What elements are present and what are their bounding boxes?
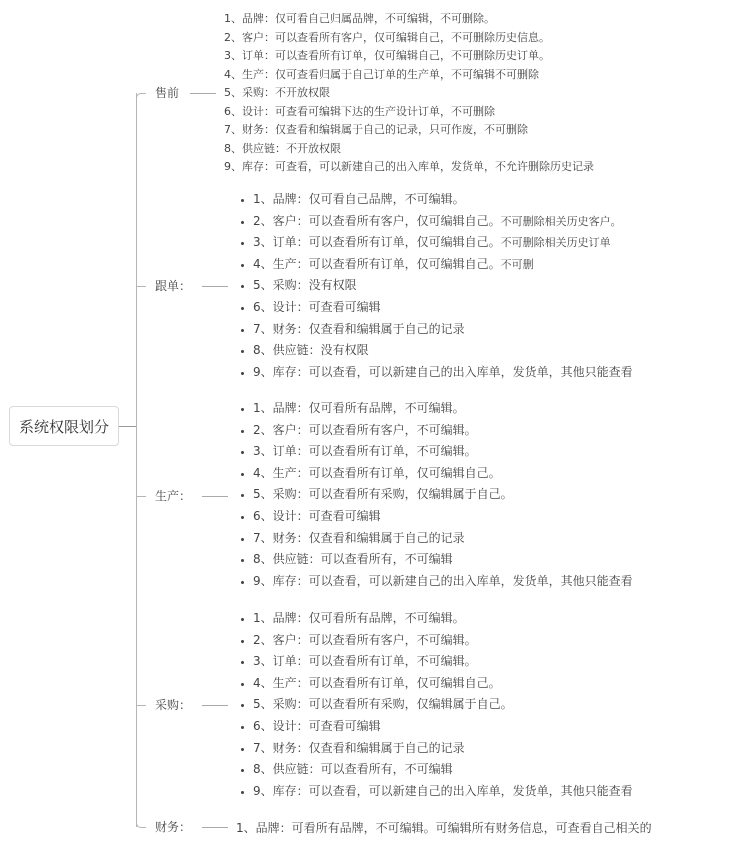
list-item: 1、品牌：可看所有品牌，不可编辑。可编辑所有财务信息，可查看自己相关的: [236, 819, 652, 836]
list-item: 8、供应链：可以查看所有，不可编辑: [253, 549, 633, 571]
list-item: 1、品牌：仅可看所有品牌，不可编辑。: [253, 608, 633, 630]
list-item: 2、客户：可以查看所有客户，仅可编辑自己。不可删除相关历史客户。: [253, 211, 633, 233]
branch-items-gendan: 1、品牌：仅可看自己品牌，不可编辑。 2、客户：可以查看所有客户，仅可编辑自己。…: [236, 189, 633, 383]
branch-label-caiwu[interactable]: 财务：: [155, 820, 191, 834]
list-item: 5、采购：不开放权限: [224, 84, 594, 103]
list-item: 5、采购：没有权限: [253, 275, 633, 297]
list-item: 2、客户：可以查看所有客户，不可编辑。: [253, 420, 633, 442]
branch-dash-shengchan: [202, 496, 228, 497]
branch-tick-shengchan: [137, 496, 146, 497]
list-item: 6、设计：可查看可编辑: [253, 297, 633, 319]
branch-items-shouqian: 1、品牌：仅可看自己归属品牌，不可编辑，不可删除。 2、客户：可以查看所有客户，…: [224, 10, 594, 177]
branch-dash-caigou: [202, 705, 228, 706]
tree-spine: [136, 93, 137, 827]
branch-label-gendan[interactable]: 跟单：: [155, 279, 191, 293]
list-item: 7、财务：仅查看和编辑属于自己的记录: [253, 319, 633, 341]
list-item: 4、生产：仅可查看归属于自己订单的生产单，不可编辑不可删除: [224, 66, 594, 85]
list-item: 9、库存：可以查看，可以新建自己的出入库单，发货单，其他只能查看: [253, 781, 633, 803]
list-item: 1、品牌：仅可看所有品牌，不可编辑。: [253, 398, 633, 420]
list-item: 4、生产：可以查看所有订单，仅可编辑自己。: [253, 673, 633, 695]
branch-items-shengchan: 1、品牌：仅可看所有品牌，不可编辑。 2、客户：可以查看所有客户，不可编辑。 3…: [236, 398, 633, 592]
list-item: 8、供应链：可以查看所有，不可编辑: [253, 759, 633, 781]
list-item: 2、客户：可以查看所有客户，不可编辑。: [253, 630, 633, 652]
list-item: 5、采购：可以查看所有采购，仅编辑属于自己。: [253, 484, 633, 506]
branch-dash-caiwu: [202, 827, 228, 828]
root-node[interactable]: 系统权限划分: [9, 406, 119, 446]
list-item: 6、设计：可查看可编辑下达的生产设计订单，不可删除: [224, 103, 594, 122]
branch-dash-shouqian: [190, 93, 216, 94]
list-item: 6、设计：可查看可编辑: [253, 716, 633, 738]
spine-corner-bottom: [136, 818, 146, 828]
list-item: 1、品牌：仅可看自己品牌，不可编辑。: [253, 189, 633, 211]
list-item: 4、生产：可以查看所有订单，仅可编辑自己。不可删: [253, 254, 633, 276]
list-item: 2、客户：可以查看所有客户，仅可编辑自己，不可删除历史信息。: [224, 29, 594, 48]
branch-label-shouqian[interactable]: 售前: [155, 86, 179, 100]
list-item: 3、订单：可以查看所有订单，仅可编辑自己。不可删除相关历史订单: [253, 232, 633, 254]
list-item: 8、供应链：不开放权限: [224, 140, 594, 159]
list-item: 9、库存：可查看，可以新建自己的出入库单，发货单，不允许删除历史记录: [224, 158, 594, 177]
list-item: 3、订单：可以查看所有订单，不可编辑。: [253, 441, 633, 463]
branch-label-shengchan[interactable]: 生产：: [155, 489, 191, 503]
list-item: 4、生产：可以查看所有订单，仅可编辑自己。: [253, 463, 633, 485]
branch-dash-gendan: [202, 286, 228, 287]
root-connector: [119, 426, 136, 427]
branch-tick-gendan: [137, 286, 146, 287]
list-item: 1、品牌：仅可看自己归属品牌，不可编辑，不可删除。: [224, 10, 594, 29]
list-item: 8、供应链：没有权限: [253, 340, 633, 362]
list-item: 7、财务：仅查看和编辑属于自己的记录: [253, 528, 633, 550]
list-item: 7、财务：仅查看和编辑属于自己的记录: [253, 738, 633, 760]
list-item: 6、设计：可查看可编辑: [253, 506, 633, 528]
branch-label-caigou[interactable]: 采购：: [155, 698, 191, 712]
list-item: 3、订单：可以查看所有订单，仅可编辑自己，不可删除历史订单。: [224, 47, 594, 66]
list-item: 5、采购：可以查看所有采购，仅编辑属于自己。: [253, 694, 633, 716]
root-label: 系统权限划分: [19, 416, 109, 437]
branch-items-caigou: 1、品牌：仅可看所有品牌，不可编辑。 2、客户：可以查看所有客户，不可编辑。 3…: [236, 608, 633, 802]
list-item: 3、订单：可以查看所有订单，不可编辑。: [253, 651, 633, 673]
list-item: 7、财务：仅查看和编辑属于自己的记录，只可作废，不可删除: [224, 121, 594, 140]
list-item: 9、库存：可以查看，可以新建自己的出入库单，发货单，其他只能查看: [253, 571, 633, 593]
branch-tick-caigou: [137, 705, 146, 706]
list-item: 9、库存：可以查看，可以新建自己的出入库单，发货单，其他只能查看: [253, 362, 633, 384]
spine-corner-top: [136, 93, 146, 103]
